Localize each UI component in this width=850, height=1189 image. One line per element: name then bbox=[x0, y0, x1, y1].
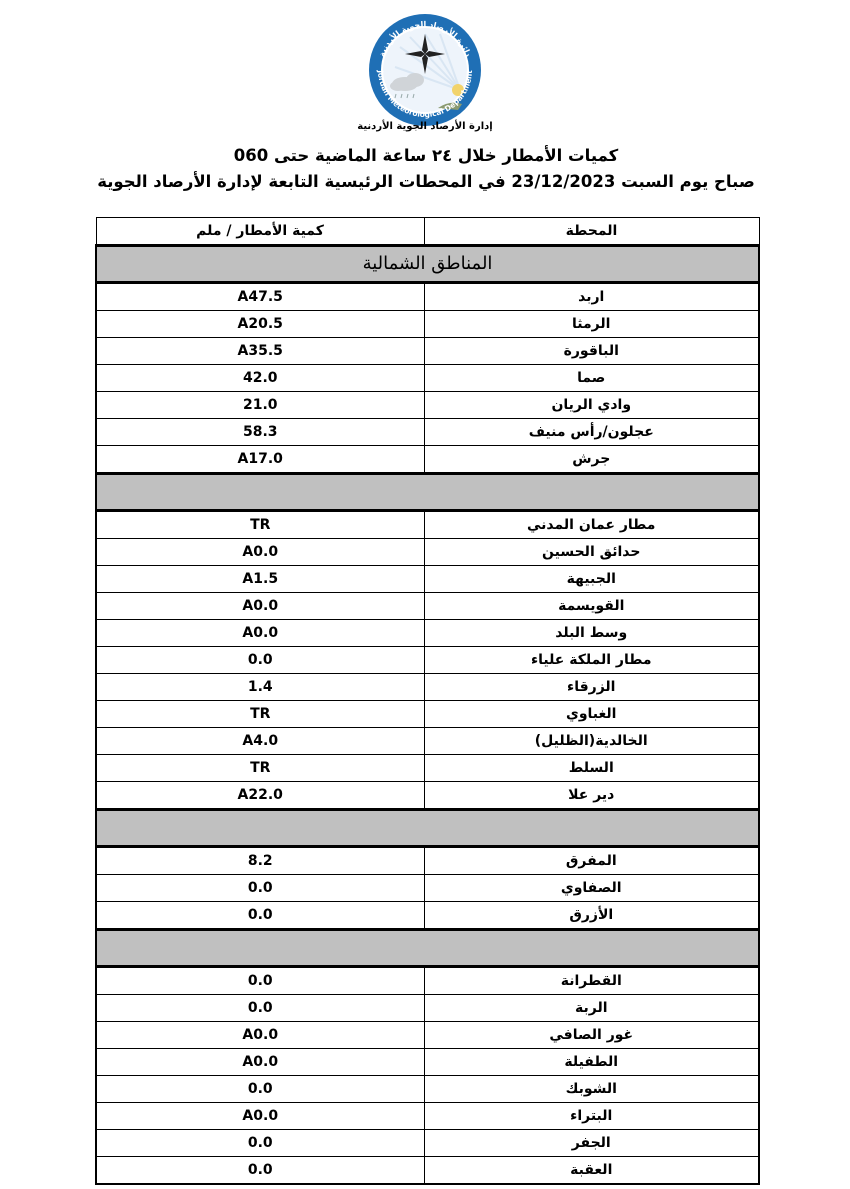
rainfall-amount: 0.0 bbox=[96, 1076, 424, 1103]
section-band: المناطق الشمالية bbox=[96, 246, 759, 283]
rainfall-amount: TR bbox=[96, 755, 424, 782]
station-name: الصفاوي bbox=[424, 875, 759, 902]
table-row: الربة0.0 bbox=[96, 995, 759, 1022]
table-row: القطرانة0.0 bbox=[96, 967, 759, 995]
station-name: دير علا bbox=[424, 782, 759, 810]
station-name: الرمثا bbox=[424, 311, 759, 338]
rainfall-amount: A0.0 bbox=[96, 1022, 424, 1049]
table-row: الطفيلةA0.0 bbox=[96, 1049, 759, 1076]
table-row: الجفر0.0 bbox=[96, 1130, 759, 1157]
rainfall-table: المحطة كمية الأمطار / ملم المناطق الشمال… bbox=[95, 217, 760, 1185]
rainfall-amount: 42.0 bbox=[96, 365, 424, 392]
station-name: صما bbox=[424, 365, 759, 392]
rainfall-amount: A35.5 bbox=[96, 338, 424, 365]
rainfall-amount: A0.0 bbox=[96, 593, 424, 620]
table-row: صما42.0 bbox=[96, 365, 759, 392]
station-name: الأزرق bbox=[424, 902, 759, 930]
station-name: غور الصافي bbox=[424, 1022, 759, 1049]
table-row: عجلون/رأس منيف58.3 bbox=[96, 419, 759, 446]
table-row: الغباويTR bbox=[96, 701, 759, 728]
station-name: المفرق bbox=[424, 847, 759, 875]
rainfall-amount: TR bbox=[96, 701, 424, 728]
section-band bbox=[96, 930, 759, 967]
rainfall-amount: 0.0 bbox=[96, 647, 424, 674]
table-row: السلطTR bbox=[96, 755, 759, 782]
table-row: غور الصافيA0.0 bbox=[96, 1022, 759, 1049]
station-name: الغباوي bbox=[424, 701, 759, 728]
table-header-row: المحطة كمية الأمطار / ملم bbox=[96, 218, 759, 246]
station-name: حدائق الحسين bbox=[424, 539, 759, 566]
table-row: حدائق الحسينA0.0 bbox=[96, 539, 759, 566]
station-name: اربد bbox=[424, 283, 759, 311]
table-row: مطار عمان المدنيTR bbox=[96, 511, 759, 539]
table-row: الباقورةA35.5 bbox=[96, 338, 759, 365]
rainfall-amount: 0.0 bbox=[96, 995, 424, 1022]
report-title-line1: كميات الأمطار خلال ٢٤ ساعة الماضية حتى 0… bbox=[95, 146, 757, 165]
column-header-amount: كمية الأمطار / ملم bbox=[96, 218, 424, 246]
table-row: الزرقاء1.4 bbox=[96, 674, 759, 701]
rainfall-amount: 58.3 bbox=[96, 419, 424, 446]
table-row: مطار الملكة علياء0.0 bbox=[96, 647, 759, 674]
station-name: وادي الريان bbox=[424, 392, 759, 419]
station-name: عجلون/رأس منيف bbox=[424, 419, 759, 446]
table-body: المناطق الشماليةاربدA47.5الرمثاA20.5البا… bbox=[96, 246, 759, 1185]
rainfall-amount: A47.5 bbox=[96, 283, 424, 311]
table-row: المفرق8.2 bbox=[96, 847, 759, 875]
rainfall-amount: 0.0 bbox=[96, 967, 424, 995]
rainfall-amount: A22.0 bbox=[96, 782, 424, 810]
rainfall-amount: 0.0 bbox=[96, 1157, 424, 1185]
table-row: الجبيهةA1.5 bbox=[96, 566, 759, 593]
rainfall-amount: A4.0 bbox=[96, 728, 424, 755]
station-name: الشوبك bbox=[424, 1076, 759, 1103]
section-band bbox=[96, 810, 759, 847]
station-name: الطفيلة bbox=[424, 1049, 759, 1076]
station-name: مطار الملكة علياء bbox=[424, 647, 759, 674]
rainfall-amount: TR bbox=[96, 511, 424, 539]
logo-caption: إدارة الأرصاد الجوية الأردنية bbox=[340, 121, 510, 132]
section-title bbox=[96, 474, 759, 511]
table-row: جرشA17.0 bbox=[96, 446, 759, 474]
section-title: المناطق الشمالية bbox=[96, 246, 759, 283]
station-name: وسط البلد bbox=[424, 620, 759, 647]
section-title bbox=[96, 810, 759, 847]
column-header-station: المحطة bbox=[424, 218, 759, 246]
station-name: الزرقاء bbox=[424, 674, 759, 701]
rainfall-amount: A1.5 bbox=[96, 566, 424, 593]
station-name: الباقورة bbox=[424, 338, 759, 365]
rainfall-amount: 8.2 bbox=[96, 847, 424, 875]
station-name: البتراء bbox=[424, 1103, 759, 1130]
table-row: الخالدية(الظليل)A4.0 bbox=[96, 728, 759, 755]
report-title-line2: صباح يوم السبت 23/12/2023 في المحطات الر… bbox=[95, 172, 757, 191]
station-name: السلط bbox=[424, 755, 759, 782]
station-name: العقبة bbox=[424, 1157, 759, 1185]
table-row: العقبة0.0 bbox=[96, 1157, 759, 1185]
table-row: الصفاوي0.0 bbox=[96, 875, 759, 902]
station-name: القطرانة bbox=[424, 967, 759, 995]
table-row: البتراءA0.0 bbox=[96, 1103, 759, 1130]
rainfall-amount: 1.4 bbox=[96, 674, 424, 701]
section-title bbox=[96, 930, 759, 967]
station-name: القويسمة bbox=[424, 593, 759, 620]
table-row: وسط البلدA0.0 bbox=[96, 620, 759, 647]
rainfall-amount: A17.0 bbox=[96, 446, 424, 474]
station-name: الجفر bbox=[424, 1130, 759, 1157]
station-name: جرش bbox=[424, 446, 759, 474]
table-row: الرمثاA20.5 bbox=[96, 311, 759, 338]
table-row: دير علاA22.0 bbox=[96, 782, 759, 810]
table-row: وادي الريان21.0 bbox=[96, 392, 759, 419]
rainfall-amount: A0.0 bbox=[96, 539, 424, 566]
rainfall-amount: 0.0 bbox=[96, 1130, 424, 1157]
jordan-meteorological-department-logo-icon: دائرة الأرصاد الجوية الأردنية Jordan Met… bbox=[360, 12, 490, 130]
table-row: الأزرق0.0 bbox=[96, 902, 759, 930]
table-row: اربدA47.5 bbox=[96, 283, 759, 311]
rainfall-amount: 0.0 bbox=[96, 875, 424, 902]
rainfall-amount: A0.0 bbox=[96, 620, 424, 647]
rainfall-amount: A20.5 bbox=[96, 311, 424, 338]
table-row: الشوبك0.0 bbox=[96, 1076, 759, 1103]
rainfall-amount: A0.0 bbox=[96, 1103, 424, 1130]
station-name: الجبيهة bbox=[424, 566, 759, 593]
station-name: الربة bbox=[424, 995, 759, 1022]
station-name: مطار عمان المدني bbox=[424, 511, 759, 539]
rainfall-amount: 0.0 bbox=[96, 902, 424, 930]
rainfall-amount: A0.0 bbox=[96, 1049, 424, 1076]
rainfall-amount: 21.0 bbox=[96, 392, 424, 419]
section-band bbox=[96, 474, 759, 511]
station-name: الخالدية(الظليل) bbox=[424, 728, 759, 755]
table-row: القويسمةA0.0 bbox=[96, 593, 759, 620]
